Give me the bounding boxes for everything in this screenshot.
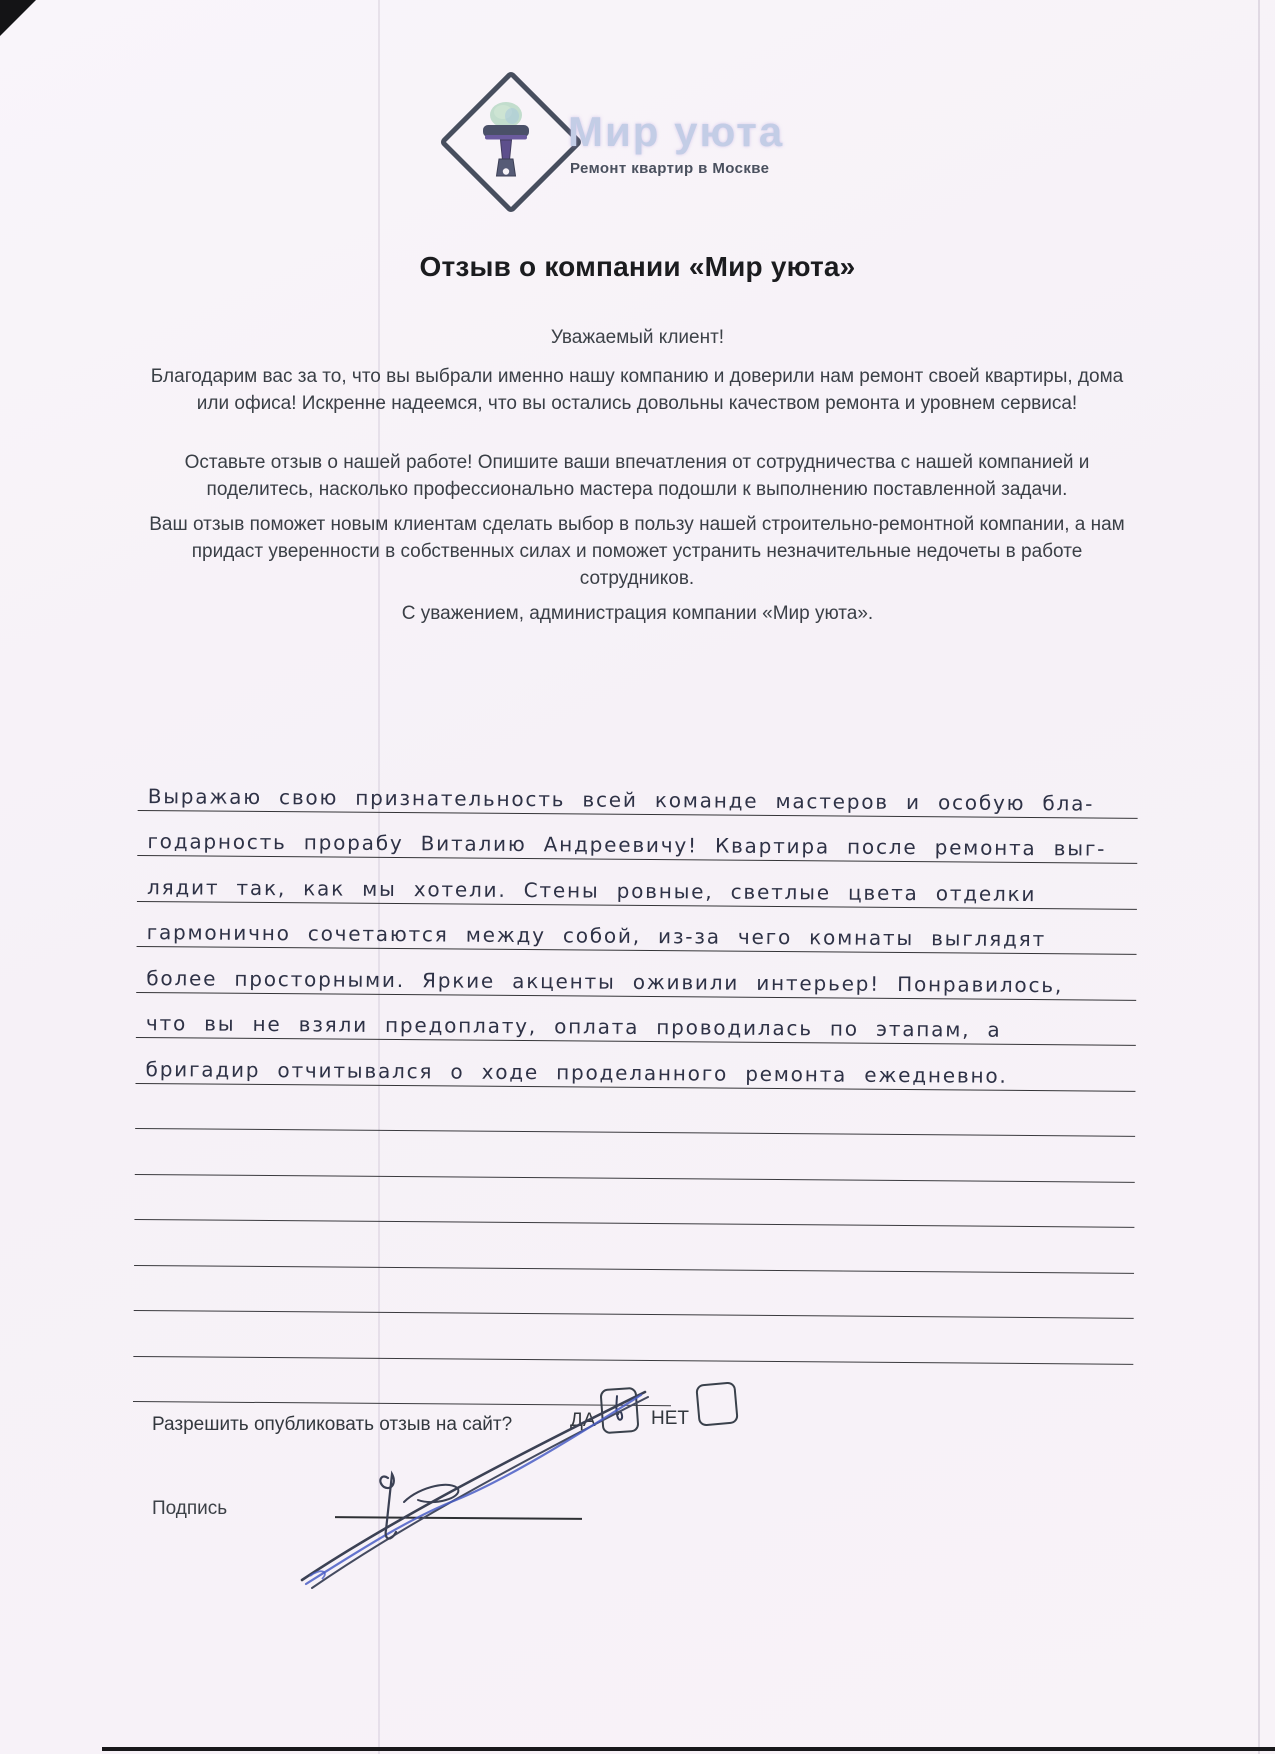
ruled-line-empty <box>134 1174 1134 1227</box>
signoff-text: С уважением, администрация компании «Мир… <box>0 603 1275 625</box>
request-paragraph: Оставьте отзыв о нашей работе! Опишите в… <box>137 449 1137 503</box>
ruled-line-empty <box>135 1129 1135 1182</box>
handwritten-line: что вы не взяли предоплату, оплата прово… <box>136 992 1136 1045</box>
handwritten-line: Выражаю свою признательность всей команд… <box>138 765 1138 818</box>
greeting-text: Уважаемый клиент! <box>0 327 1275 349</box>
ruled-line-empty <box>133 1311 1133 1364</box>
ruled-line-empty <box>134 1265 1134 1318</box>
benefit-paragraph: Ваш отзыв поможет новым клиентам сделать… <box>137 511 1137 592</box>
intro-paragraph: Благодарим вас за то, что вы выбрали име… <box>137 363 1137 417</box>
signature <box>270 1378 690 1613</box>
logo-brand: Мир уюта <box>568 108 784 156</box>
scan-bottom-edge <box>102 1747 1275 1751</box>
handwritten-line: гармонично сочетаются между собой, из-за… <box>137 901 1137 954</box>
handwritten-line: бригадир отчитывался о ходе проделанного… <box>135 1038 1135 1091</box>
scan-corner-artifact <box>0 0 36 36</box>
handwritten-line: годарность прорабу Виталию Андреевичу! К… <box>137 810 1137 863</box>
no-checkbox <box>695 1381 739 1426</box>
ruled-line-empty <box>134 1220 1134 1273</box>
logo-tagline: Ремонт квартир в Москве <box>570 160 769 177</box>
review-section: Выражаю свою признательность всей команд… <box>133 765 1138 1410</box>
paintbrush-icon <box>471 98 541 190</box>
ruled-line-empty <box>135 1083 1135 1136</box>
handwritten-line: лядит так, как мы хотели. Стены ровные, … <box>137 856 1137 909</box>
signature-label: Подпись <box>152 1498 227 1520</box>
company-logo: Мир уюта Ремонт квартир в Москве <box>440 90 860 220</box>
page-title: Отзыв о компании «Мир уюта» <box>0 251 1275 283</box>
scanned-review-form: Мир уюта Ремонт квартир в Москве Отзыв о… <box>0 0 1275 1754</box>
handwritten-line: более просторными. Яркие акценты оживили… <box>136 947 1136 1000</box>
